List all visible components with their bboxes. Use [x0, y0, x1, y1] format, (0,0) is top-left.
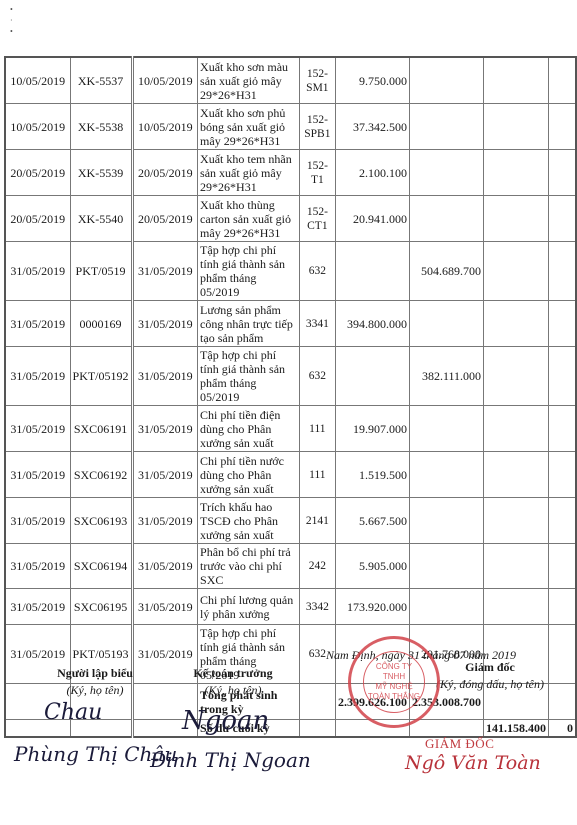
signature-director: Giám đốc (Ký, đóng dấu, họ tên) [420, 660, 560, 692]
cell-credit [410, 150, 484, 196]
table-row: 20/05/2019XK-553920/05/2019Xuất kho tem … [5, 150, 576, 196]
preparer-hint: (Ký, họ tên) [40, 683, 150, 698]
cell-credit [410, 720, 484, 738]
cell-doc-no: SXC06193 [70, 498, 132, 544]
cell-bal-debit [484, 589, 549, 625]
cell-bal-credit [549, 589, 576, 625]
cell-desc: Phân bổ chi phí trả trước vào chi phí SX… [198, 544, 300, 589]
chief-accountant-name: Đinh Thị Ngoan [150, 748, 311, 772]
table-row: 10/05/2019XK-553810/05/2019Xuất kho sơn … [5, 104, 576, 150]
cell-bal-debit [484, 498, 549, 544]
cell-doc-no: SXC06191 [70, 406, 132, 452]
table-row: 31/05/2019SXC0619331/05/2019Trích khấu h… [5, 498, 576, 544]
cell-date: 20/05/2019 [5, 196, 70, 242]
cell-bal-debit [484, 452, 549, 498]
table-row: 31/05/2019SXC0619131/05/2019Chi phí tiền… [5, 406, 576, 452]
cell-doc-date: 10/05/2019 [132, 104, 198, 150]
cell-debit [336, 347, 410, 406]
cell-credit [410, 301, 484, 347]
cell-bal-credit [549, 406, 576, 452]
table-row: 31/05/2019SXC0619531/05/2019Chi phí lươn… [5, 589, 576, 625]
cell-credit [410, 104, 484, 150]
cell-debit: 5.667.500 [336, 498, 410, 544]
cell-date: 31/05/2019 [5, 452, 70, 498]
cell-bal-debit [484, 57, 549, 104]
cell-account: 632 [299, 242, 335, 301]
cell-credit [410, 589, 484, 625]
cell-bal-debit [484, 347, 549, 406]
cell-date: 31/05/2019 [5, 347, 70, 406]
director-role: Giám đốc [420, 660, 560, 675]
cell-account: 152-SM1 [299, 57, 335, 104]
cell-credit [410, 196, 484, 242]
cell-desc: Tập hợp chi phí tính giá thành sản phẩm … [198, 347, 300, 406]
cell-desc: Chi phí tiền nước dùng cho Phân xưởng sả… [198, 452, 300, 498]
cell-desc: Xuất kho thùng carton sản xuất giỏ mây 2… [198, 196, 300, 242]
cell-credit [410, 452, 484, 498]
cell-credit [410, 498, 484, 544]
cell-account: 152-T1 [299, 150, 335, 196]
cell-doc-no: 0000169 [70, 301, 132, 347]
cell-bal-credit [549, 301, 576, 347]
cell-doc-date: 20/05/2019 [132, 150, 198, 196]
cell-credit: 504.689.700 [410, 242, 484, 301]
cell-account: 242 [299, 544, 335, 589]
cell-doc-date: 31/05/2019 [132, 452, 198, 498]
cell-debit: 173.920.000 [336, 589, 410, 625]
table-row: 31/05/2019PKT/0519231/05/2019Tập hợp chi… [5, 347, 576, 406]
cell-debit: 20.941.000 [336, 196, 410, 242]
cell-account: 152-SPB1 [299, 104, 335, 150]
cell-account: 2141 [299, 498, 335, 544]
chief-accountant-role: Kế toán trưởng [178, 666, 288, 681]
cell-doc-no: SXC06194 [70, 544, 132, 589]
cell-bal-debit [484, 301, 549, 347]
cell-debit: 37.342.500 [336, 104, 410, 150]
table-row: 31/05/2019SXC0619231/05/2019Chi phí tiền… [5, 452, 576, 498]
seal-line-4: TOÀN THẮNG [364, 692, 424, 702]
cell-desc: Xuất kho tem nhãn sản xuất giỏ mây 29*26… [198, 150, 300, 196]
cell-debit: 19.907.000 [336, 406, 410, 452]
table-row: 20/05/2019XK-554020/05/2019Xuất kho thùn… [5, 196, 576, 242]
director-hint: (Ký, đóng dấu, họ tên) [420, 677, 560, 692]
preparer-signature: Chau [44, 700, 102, 725]
cell-bal-debit: 141.158.400 [484, 720, 549, 738]
cell-bal-debit [484, 150, 549, 196]
ledger-table: 10/05/2019XK-553710/05/2019Xuất kho sơn … [4, 56, 577, 738]
cell-bal-credit [549, 150, 576, 196]
chief-accountant-hint: (Ký, họ tên) [178, 683, 288, 698]
cell-date: 10/05/2019 [5, 57, 70, 104]
cell-desc: Tập hợp chi phí tính giá thành sản phẩm … [198, 242, 300, 301]
seal-line-2: TNHH [364, 672, 424, 682]
cell-bal-debit [484, 544, 549, 589]
cell-account: 152-CT1 [299, 196, 335, 242]
cell-bal-credit [549, 498, 576, 544]
cell-date: 31/05/2019 [5, 301, 70, 347]
cell-doc-no: PKT/05192 [70, 347, 132, 406]
cell-doc-no: XK-5539 [70, 150, 132, 196]
cell-bal-debit [484, 242, 549, 301]
cell-debit: 5.905.000 [336, 544, 410, 589]
cell-date: 20/05/2019 [5, 150, 70, 196]
signature-preparer: Người lập biểu (Ký, họ tên) [40, 666, 150, 698]
cell-account: 111 [299, 452, 335, 498]
signature-chief-accountant: Kế toán trưởng (Ký, họ tên) [178, 666, 288, 698]
cell-date: 31/05/2019 [5, 242, 70, 301]
cell-doc-date: 31/05/2019 [132, 406, 198, 452]
cell-credit [410, 406, 484, 452]
cell-credit [410, 57, 484, 104]
cell-desc: Xuất kho sơn phủ bóng sản xuất giỏ mây 2… [198, 104, 300, 150]
cell-doc-date: 31/05/2019 [132, 301, 198, 347]
cell-date: 31/05/2019 [5, 406, 70, 452]
cell-bal-debit [484, 196, 549, 242]
cell-account: 3341 [299, 301, 335, 347]
director-title: GIÁM ĐỐC [425, 736, 494, 752]
cell-doc-no: XK-5540 [70, 196, 132, 242]
company-seal: CÔNG TY TNHH MỸ NGHỆ TOÀN THẮNG [348, 636, 440, 728]
cell-doc-no: PKT/0519 [70, 242, 132, 301]
table-row: 10/05/2019XK-553710/05/2019Xuất kho sơn … [5, 57, 576, 104]
cell-bal-debit [484, 406, 549, 452]
table-row: 31/05/2019000016931/05/2019Lương sản phẩ… [5, 301, 576, 347]
cell-account [299, 720, 335, 738]
seal-line-1: CÔNG TY [364, 662, 424, 672]
cell-bal-credit [549, 452, 576, 498]
cell-bal-credit [549, 104, 576, 150]
cell-desc: Lương sản phẩm công nhân trực tiếp tạo s… [198, 301, 300, 347]
cell-bal-credit [549, 196, 576, 242]
cell-debit: 2.100.100 [336, 150, 410, 196]
cell-desc: Chi phí lương quản lý phân xưởng [198, 589, 300, 625]
cell-date: 31/05/2019 [5, 544, 70, 589]
cell-credit [410, 544, 484, 589]
cell-debit: 1.519.500 [336, 452, 410, 498]
cell-bal-credit: 0 [549, 720, 576, 738]
cell-bal-debit [484, 104, 549, 150]
cell-doc-date: 31/05/2019 [132, 347, 198, 406]
cell-bal-credit [549, 347, 576, 406]
cell-date: 31/05/2019 [5, 498, 70, 544]
cell-doc-no: XK-5538 [70, 104, 132, 150]
cell-doc-date: 20/05/2019 [132, 196, 198, 242]
seal-line-3: MỸ NGHỆ [364, 682, 424, 692]
director-name: Ngô Văn Toàn [405, 752, 541, 774]
cell-doc-no: SXC06192 [70, 452, 132, 498]
cell-desc: Xuất kho sơn màu sản xuất giỏ mây 29*26*… [198, 57, 300, 104]
cell-account: 111 [299, 406, 335, 452]
table-row: 31/05/2019SXC0619431/05/2019Phân bổ chi … [5, 544, 576, 589]
cell-doc-date: 31/05/2019 [132, 498, 198, 544]
cell-credit: 382.111.000 [410, 347, 484, 406]
cell-desc: Trích khấu hao TSCĐ cho Phân xưởng sản x… [198, 498, 300, 544]
cell-bal-credit [549, 242, 576, 301]
cell-doc-date: 31/05/2019 [132, 242, 198, 301]
cell-doc-date: 31/05/2019 [132, 589, 198, 625]
chief-accountant-signature: Ngoan [182, 706, 269, 736]
cell-doc-date: 10/05/2019 [132, 57, 198, 104]
cell-debit: 9.750.000 [336, 57, 410, 104]
cell-debit: 394.800.000 [336, 301, 410, 347]
cell-account [299, 684, 335, 720]
cell-debit [336, 242, 410, 301]
cell-doc-date: 31/05/2019 [132, 544, 198, 589]
cell-date: 10/05/2019 [5, 104, 70, 150]
cell-account: 632 [299, 347, 335, 406]
cell-bal-credit [549, 57, 576, 104]
cell-doc-no: XK-5537 [70, 57, 132, 104]
cell-account: 3342 [299, 589, 335, 625]
cell-desc: Chi phí tiền điện dùng cho Phân xưởng sả… [198, 406, 300, 452]
cell-bal-credit [549, 544, 576, 589]
table-row: 31/05/2019PKT/051931/05/2019Tập hợp chi … [5, 242, 576, 301]
scan-marks: •·• [10, 4, 13, 37]
preparer-role: Người lập biểu [40, 666, 150, 681]
cell-doc-no: SXC06195 [70, 589, 132, 625]
cell-date: 31/05/2019 [5, 589, 70, 625]
